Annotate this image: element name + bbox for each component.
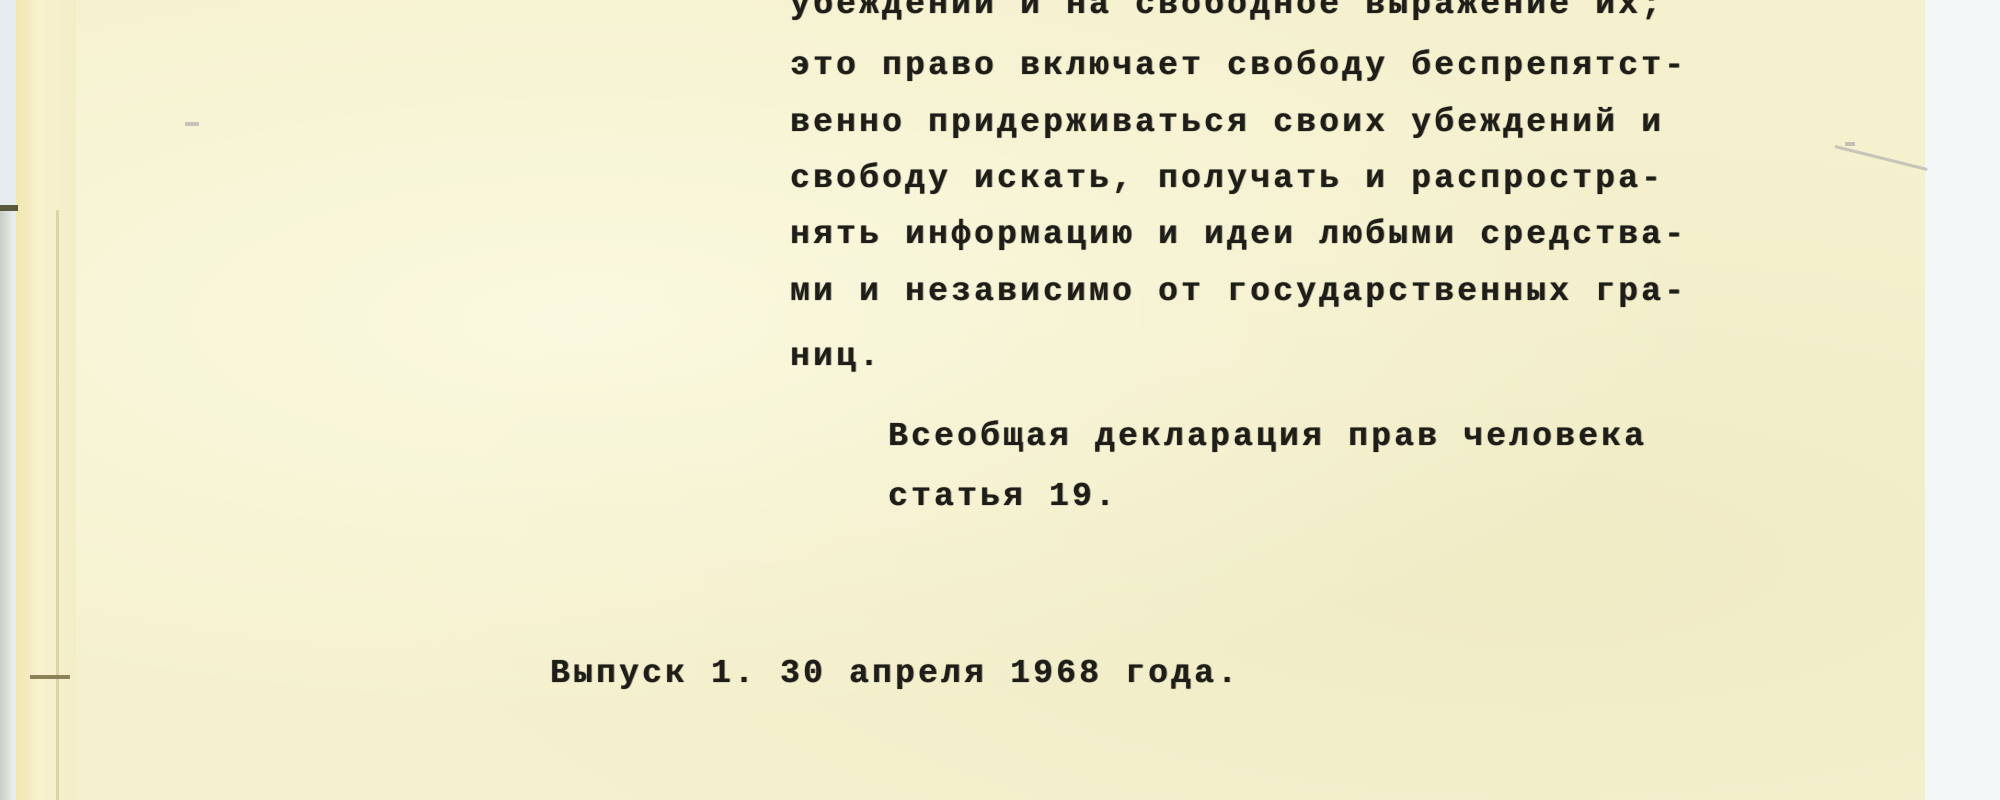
issue-date-line: Выпуск 1. 30 апреля 1968 года.: [550, 655, 1240, 692]
folded-page-edge: [0, 205, 12, 800]
declaration-text-line: ми и независимо от государственных гра-: [790, 273, 1687, 310]
declaration-text-line: убеждений и на свободное выражение их;: [790, 0, 1664, 23]
paper-speck: [1845, 142, 1855, 146]
paper-crease: [56, 210, 59, 800]
paper-left-edge: [16, 0, 76, 800]
declaration-text-line: нять информацию и идеи любыми средства-: [790, 216, 1687, 253]
attribution-article: статья 19.: [888, 478, 1118, 515]
declaration-text-line: свободу искать, получать и распростра-: [790, 160, 1664, 197]
paper-speck: [185, 122, 199, 126]
page-edge-shadow: [0, 205, 18, 211]
declaration-text-line: это право включает свободу беспрепятст-: [790, 47, 1687, 84]
declaration-text-line: ниц.: [790, 338, 882, 375]
attribution-source: Всеобщая декларация прав человека: [888, 418, 1647, 455]
declaration-text-line: венно придерживаться своих убеждений и: [790, 104, 1664, 141]
page-edge-shadow-lower: [30, 675, 70, 679]
